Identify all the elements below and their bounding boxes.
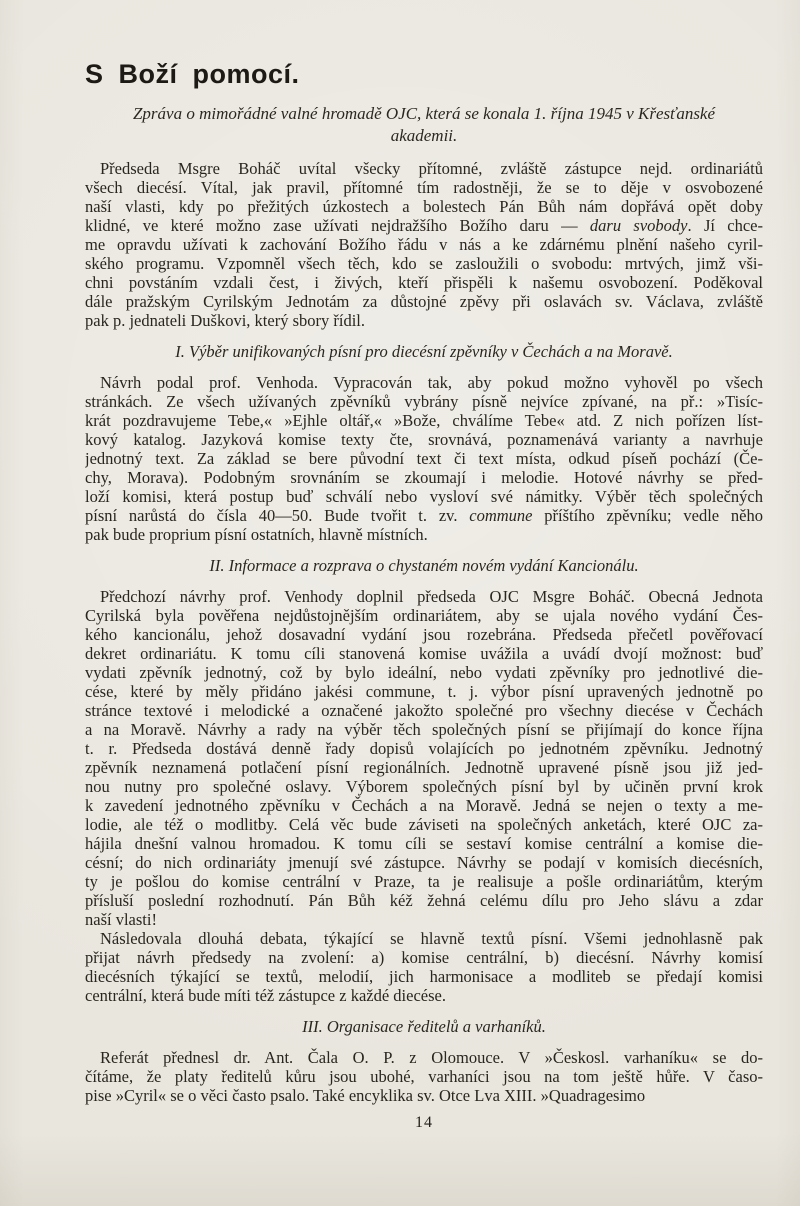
text-line: krát pozdravujeme Tebe,« »Ejhle oltář,« … [85, 411, 763, 430]
text-line: loží komisi, která postup buď schválí ne… [85, 487, 763, 506]
text-line: kový katalog. Jazyková komise texty čte,… [85, 430, 763, 449]
text-line: Následovala dlouhá debata, týkající se h… [85, 929, 763, 948]
text-line: lodie, ale též o modlitby. Celá věc bude… [85, 815, 763, 834]
text-line: césní; do nich ordinariáty jmenují své z… [85, 853, 763, 872]
text-line: stránkách. Ze všech užívaných zpěvníků v… [85, 392, 763, 411]
text-line: dále pražským Cyrilským Jednotám za důst… [85, 292, 763, 311]
section-heading: II. Informace a rozprava o chystaném nov… [85, 556, 763, 576]
text-line: přijat návrh předsedy na zvolení: a) kom… [85, 948, 763, 967]
text-line: Referát přednesl dr. Ant. Čala O. P. z O… [85, 1048, 763, 1067]
text-line: dekret ordinariátu. K tomu cíli stanoven… [85, 644, 763, 663]
subtitle-line-2: akademii. [85, 125, 763, 147]
text-line: Předseda Msgre Boháč uvítal všecky příto… [85, 159, 763, 178]
text-line: naší vlasti, kdy po přežitých úzkostech … [85, 197, 763, 216]
text-line: ty je pošlou do komise centrální v Praze… [85, 872, 763, 891]
paragraph: Předseda Msgre Boháč uvítal všecky příto… [85, 159, 763, 330]
text-line: naší vlasti! [85, 910, 763, 929]
paragraph: Návrh podal prof. Venhoda. Vypracován ta… [85, 373, 763, 544]
scanned-page: S Boží pomocí. Zpráva o mimořádné valné … [0, 0, 800, 1206]
report-subtitle: Zpráva o mimořádné valné hromadě OJC, kt… [85, 103, 763, 147]
text-line: klidné, ve které možno zase užívati nejd… [85, 216, 763, 235]
text-line: a na Moravě. Návrhy a rady na výběr těch… [85, 720, 763, 739]
text-line: nou nutny pro společné oslavy. Výborem s… [85, 777, 763, 796]
text-line: čítáme, že platy ředitelů kůru jsou uboh… [85, 1067, 763, 1086]
text-line: centrální, která bude míti též zástupce … [85, 986, 763, 1005]
text-line: Cyrilská byla pověřena nejdůstojnějším o… [85, 606, 763, 625]
text-line: vydati zpěvník jednotný, což by bylo ide… [85, 663, 763, 682]
document-body: Předseda Msgre Boháč uvítal všecky příto… [85, 159, 763, 1105]
text-line: jednotný text. Za základ se bere původní… [85, 449, 763, 468]
paragraph: Následovala dlouhá debata, týkající se h… [85, 929, 763, 1005]
page-content: S Boží pomocí. Zpráva o mimořádné valné … [0, 0, 800, 1132]
text-line: hájila dnešní valnou hromadou. K tomu cí… [85, 834, 763, 853]
text-line: zpěvník neznamená potlačení písní region… [85, 758, 763, 777]
text-line: Předchozí návrhy prof. Venhody doplnil p… [85, 587, 763, 606]
text-line: všech diecésí. Vítal, jak pravil, přítom… [85, 178, 763, 197]
text-line: t. r. Předseda dostává denně řady dopisů… [85, 739, 763, 758]
text-line: pise »Cyril« se o věci často psalo. Také… [85, 1086, 763, 1105]
text-line: přísluší poslední rozhodnutí. Pán Bůh ké… [85, 891, 763, 910]
text-line: kého kancionálu, jehož dosavadní vydání … [85, 625, 763, 644]
text-line: me opravdu užívati k zachování Božího řá… [85, 235, 763, 254]
text-line: k zavedení jednotného zpěvníku v Čechách… [85, 796, 763, 815]
paragraph: Referát přednesl dr. Ant. Čala O. P. z O… [85, 1048, 763, 1105]
text-line: chni povstáním vzdali čest, i živých, kt… [85, 273, 763, 292]
text-line: cése, které by měly přidáno jakési commu… [85, 682, 763, 701]
paragraph: Předchozí návrhy prof. Venhody doplnil p… [85, 587, 763, 929]
text-line: ského programu. Vzpomněl všech těch, kdo… [85, 254, 763, 273]
subtitle-line-1: Zpráva o mimořádné valné hromadě OJC, kt… [85, 103, 763, 125]
page-title: S Boží pomocí. [85, 58, 763, 90]
text-line: stránce textové i melodické a označené j… [85, 701, 763, 720]
text-line: chy, Morava). Podobným srovnáním se zkou… [85, 468, 763, 487]
text-line: pak p. jednateli Duškovi, který sbory ří… [85, 311, 763, 330]
text-line: písní narůstá do čísla 40—50. Bude tvoři… [85, 506, 763, 525]
text-line: Návrh podal prof. Venhoda. Vypracován ta… [85, 373, 763, 392]
section-heading: I. Výběr unifikovaných písní pro diecésn… [85, 342, 763, 362]
text-line: pak bude proprium písní ostatních, hlavn… [85, 525, 763, 544]
page-number: 14 [85, 1114, 763, 1132]
section-heading: III. Organisace ředitelů a varhaníků. [85, 1017, 763, 1037]
text-line: diecésních týkající se textů, melodií, j… [85, 967, 763, 986]
